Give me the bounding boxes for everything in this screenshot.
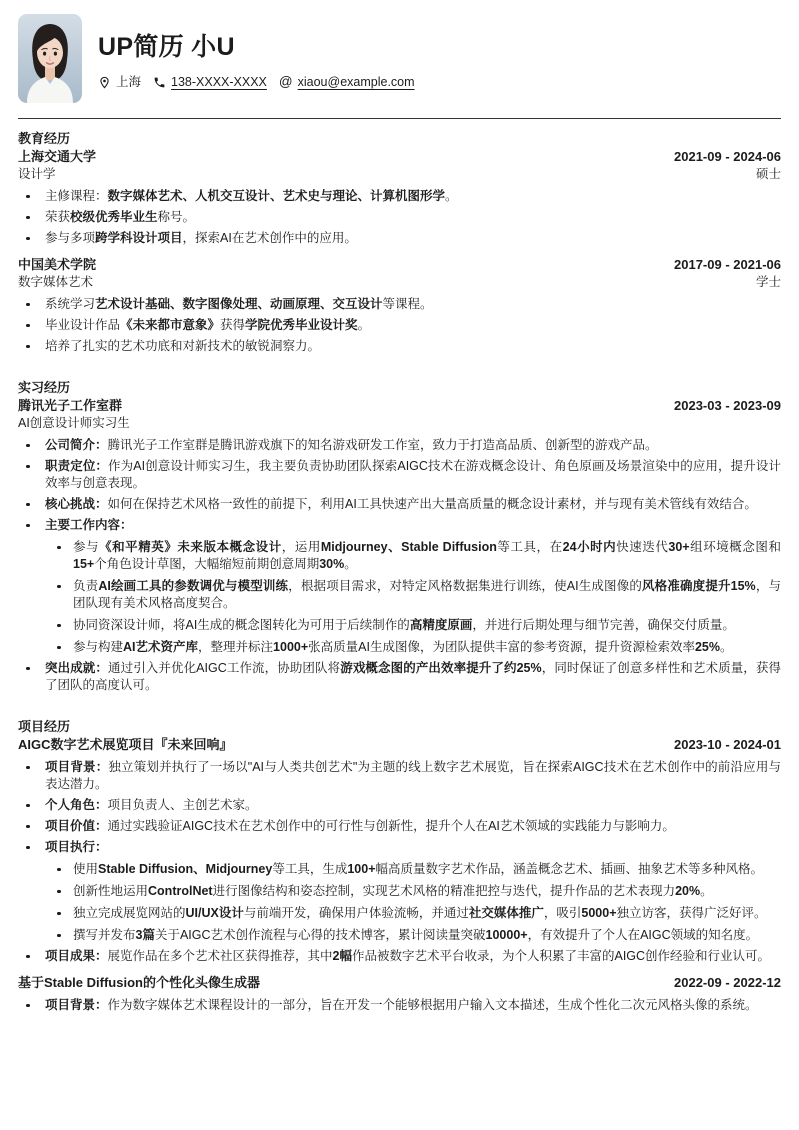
bullet-item: 毕业设计作品《未来都市意象》获得学院优秀毕业设计奖。: [18, 317, 781, 334]
bullet-text: 主要工作内容：: [45, 518, 133, 532]
bullet-text: 负责AI绘画工具的参数调优与模型训练，根据项目需求，对特定风格数据集进行训练，使…: [73, 579, 781, 610]
bullet-text: 系统学习艺术设计基础、数字图像处理、动画原理、交互设计等课程。: [45, 297, 433, 311]
entry: 基于Stable Diffusion的个性化头像生成器2022-09 - 202…: [18, 975, 781, 1014]
bullet-dot: [57, 912, 61, 916]
entry-date: 2023-03 - 2023-09: [662, 398, 781, 414]
bullet-dot: [57, 868, 61, 872]
bullet-dot: [26, 955, 30, 959]
bullet-text: 突出成就：通过引入并优化AIGC工作流，协助团队将游戏概念图的产出效率提升了约2…: [45, 661, 781, 692]
bullet-text: 参与《和平精英》未来版本概念设计，运用Midjourney、Stable Dif…: [73, 540, 781, 571]
section-internship: 实习经历腾讯光子工作室群2023-03 - 2023-09AI创意设计师实习生公…: [18, 380, 781, 694]
bullet-text: 项目价值：通过实践验证AIGC技术在艺术创作中的可行性与创新性，提升个人在AI艺…: [45, 819, 675, 833]
bullet-item: 协同资深设计师，将AI生成的概念图转化为可用于后续制作的高精度原画，并进行后期处…: [18, 617, 781, 634]
bullet-dot: [26, 465, 30, 469]
bullet-dot: [26, 846, 30, 850]
resume-sections: 教育经历上海交通大学2021-09 - 2024-06设计学硕士主修课程：数字媒…: [18, 131, 781, 1014]
bullet-item: 荣获校级优秀毕业生称号。: [18, 209, 781, 226]
section-title: 教育经历: [18, 131, 781, 147]
bullet-dot: [57, 646, 61, 650]
bullet-text: 项目成果：展览作品在多个艺术社区获得推荐，其中2幅作品被数字艺术平台收录，为个人…: [45, 949, 770, 963]
entry-head-row: 中国美术学院2017-09 - 2021-06: [18, 257, 781, 273]
entry-heading: 中国美术学院: [18, 257, 96, 273]
bullet-dot: [26, 804, 30, 808]
bullet-text: 核心挑战：如何在保持艺术风格一致性的前提下，利用AI工具快速产出大量高质量的概念…: [45, 497, 757, 511]
bullet-dot: [26, 195, 30, 199]
contact-row: 上海 138-XXXX-XXXX @ xiaou@example.com: [98, 74, 781, 90]
phone-icon: [153, 76, 166, 89]
bullet-list: 项目背景：独立策划并执行了一场以"AI与人类共创艺术"为主题的线上数字艺术展览，…: [18, 759, 781, 965]
bullet-item: 项目背景：作为数字媒体艺术课程设计的一部分，旨在开发一个能够根据用户输入文本描述…: [18, 997, 781, 1014]
bullet-text: 个人角色：项目负责人、主创艺术家。: [45, 798, 258, 812]
bullet-item: 项目价值：通过实践验证AIGC技术在艺术创作中的可行性与创新性，提升个人在AI艺…: [18, 818, 781, 835]
entry-heading: 基于Stable Diffusion的个性化头像生成器: [18, 975, 260, 991]
entry-degree: 学士: [756, 275, 781, 290]
bullet-item: 公司简介：腾讯光子工作室群是腾讯游戏旗下的知名游戏研发工作室，致力于打造高品质、…: [18, 437, 781, 454]
bullet-list: 主修课程：数字媒体艺术、人机交互设计、艺术史与理论、计算机图形学。荣获校级优秀毕…: [18, 188, 781, 247]
resume-header: UP简历 小U 上海 138-XXXX-XXXX @ xiaou@example…: [18, 0, 781, 103]
bullet-item: 职责定位：作为AI创意设计师实习生，我主要负责协助团队探索AIGC技术在游戏概念…: [18, 458, 781, 492]
bullet-item: 主修课程：数字媒体艺术、人机交互设计、艺术史与理论、计算机图形学。: [18, 188, 781, 205]
bullet-dot: [57, 585, 61, 589]
bullet-list: 系统学习艺术设计基础、数字图像处理、动画原理、交互设计等课程。毕业设计作品《未来…: [18, 296, 781, 355]
entry-subtitle-row: 设计学硕士: [18, 167, 781, 182]
bullet-text: 主修课程：数字媒体艺术、人机交互设计、艺术史与理论、计算机图形学。: [45, 189, 458, 203]
entry-head-row: 基于Stable Diffusion的个性化头像生成器2022-09 - 202…: [18, 975, 781, 991]
entry-subtitle-row: 数字媒体艺术学士: [18, 275, 781, 290]
bullet-item: 项目成果：展览作品在多个艺术社区获得推荐，其中2幅作品被数字艺术平台收录，为个人…: [18, 948, 781, 965]
section-projects: 项目经历AIGC数字艺术展览项目『未来回响』2023-10 - 2024-01项…: [18, 719, 781, 1014]
bullet-text: 职责定位：作为AI创意设计师实习生，我主要负责协助团队探索AIGC技术在游戏概念…: [45, 459, 781, 490]
bullet-item: 负责AI绘画工具的参数调优与模型训练，根据项目需求，对特定风格数据集进行训练，使…: [18, 578, 781, 612]
bullet-item: 参与多项跨学科设计项目，探索AI在艺术创作中的应用。: [18, 230, 781, 247]
profile-photo-illustration: [18, 14, 82, 103]
entry-heading: AIGC数字艺术展览项目『未来回响』: [18, 737, 233, 753]
entry-head-row: AIGC数字艺术展览项目『未来回响』2023-10 - 2024-01: [18, 737, 781, 753]
bullet-dot: [26, 444, 30, 448]
bullet-text: 公司简介：腾讯光子工作室群是腾讯游戏旗下的知名游戏研发工作室，致力于打造高品质、…: [45, 438, 658, 452]
phone-link[interactable]: 138-XXXX-XXXX: [171, 74, 267, 90]
entry-subtitle: AI创意设计师实习生: [18, 416, 130, 431]
entry: 上海交通大学2021-09 - 2024-06设计学硕士主修课程：数字媒体艺术、…: [18, 149, 781, 247]
profile-photo: [18, 14, 82, 103]
bullet-list: 公司简介：腾讯光子工作室群是腾讯游戏旗下的知名游戏研发工作室，致力于打造高品质、…: [18, 437, 781, 694]
bullet-item: 项目执行：: [18, 839, 781, 856]
entry: AIGC数字艺术展览项目『未来回响』2023-10 - 2024-01项目背景：…: [18, 737, 781, 965]
bullet-text: 项目背景：作为数字媒体艺术课程设计的一部分，旨在开发一个能够根据用户输入文本描述…: [45, 998, 758, 1012]
bullet-item: 参与构建AI艺术资产库，整理并标注1000+张高质量AI生成图像，为团队提供丰富…: [18, 639, 781, 656]
bullet-text: 使用Stable Diffusion、Midjourney等工具，生成100+幅…: [73, 862, 763, 876]
bullet-list: 项目背景：作为数字媒体艺术课程设计的一部分，旨在开发一个能够根据用户输入文本描述…: [18, 997, 781, 1014]
bullet-item: 撰写并发布3篇关于AIGC艺术创作流程与心得的技术博客，累计阅读量突破10000…: [18, 927, 781, 944]
bullet-text: 独立完成展览网站的UI/UX设计与前端开发，确保用户体验流畅，并通过社交媒体推广…: [73, 906, 767, 920]
bullet-item: 系统学习艺术设计基础、数字图像处理、动画原理、交互设计等课程。: [18, 296, 781, 313]
section-title: 项目经历: [18, 719, 781, 735]
entry-date: 2023-10 - 2024-01: [662, 737, 781, 753]
entry-date: 2022-09 - 2022-12: [662, 975, 781, 991]
resume-page: UP简历 小U 上海 138-XXXX-XXXX @ xiaou@example…: [0, 0, 799, 1014]
header-divider: [18, 118, 781, 119]
bullet-item: 参与《和平精英》未来版本概念设计，运用Midjourney、Stable Dif…: [18, 539, 781, 573]
bullet-item: 创新性地运用ControlNet进行图像结构和姿态控制，实现艺术风格的精准把控与…: [18, 883, 781, 900]
bullet-text: 撰写并发布3篇关于AIGC艺术创作流程与心得的技术博客，累计阅读量突破10000…: [73, 928, 758, 942]
bullet-dot: [26, 766, 30, 770]
bullet-dot: [26, 503, 30, 507]
bullet-item: 独立完成展览网站的UI/UX设计与前端开发，确保用户体验流畅，并通过社交媒体推广…: [18, 905, 781, 922]
bullet-dot: [26, 345, 30, 349]
section-title: 实习经历: [18, 380, 781, 396]
bullet-item: 突出成就：通过引入并优化AIGC工作流，协助团队将游戏概念图的产出效率提升了约2…: [18, 660, 781, 694]
bullet-item: 培养了扎实的艺术功底和对新技术的敏锐洞察力。: [18, 338, 781, 355]
entry-heading: 上海交通大学: [18, 149, 96, 165]
bullet-text: 参与构建AI艺术资产库，整理并标注1000+张高质量AI生成图像，为团队提供丰富…: [73, 640, 733, 654]
bullet-item: 项目背景：独立策划并执行了一场以"AI与人类共创艺术"为主题的线上数字艺术展览，…: [18, 759, 781, 793]
bullet-text: 参与多项跨学科设计项目，探索AI在艺术创作中的应用。: [45, 231, 357, 245]
section-education: 教育经历上海交通大学2021-09 - 2024-06设计学硕士主修课程：数字媒…: [18, 131, 781, 355]
header-info: UP简历 小U 上海 138-XXXX-XXXX @ xiaou@example…: [98, 14, 781, 103]
bullet-text: 创新性地运用ControlNet进行图像结构和姿态控制，实现艺术风格的精准把控与…: [73, 884, 713, 898]
bullet-text: 荣获校级优秀毕业生称号。: [45, 210, 195, 224]
bullet-dot: [26, 825, 30, 829]
location-text: 上海: [116, 74, 141, 90]
bullet-dot: [26, 524, 30, 528]
bullet-text: 培养了扎实的艺术功底和对新技术的敏锐洞察力。: [45, 339, 320, 353]
entry-date: 2021-09 - 2024-06: [662, 149, 781, 165]
bullet-dot: [26, 303, 30, 307]
entry-date: 2017-09 - 2021-06: [662, 257, 781, 273]
entry: 腾讯光子工作室群2023-03 - 2023-09AI创意设计师实习生公司简介：…: [18, 398, 781, 694]
bullet-dot: [57, 546, 61, 550]
entry-head-row: 上海交通大学2021-09 - 2024-06: [18, 149, 781, 165]
bullet-dot: [26, 237, 30, 241]
bullet-text: 毕业设计作品《未来都市意象》获得学院优秀毕业设计奖。: [45, 318, 370, 332]
at-icon: @: [279, 75, 293, 89]
bullet-item: 个人角色：项目负责人、主创艺术家。: [18, 797, 781, 814]
bullet-text: 项目背景：独立策划并执行了一场以"AI与人类共创艺术"为主题的线上数字艺术展览，…: [45, 760, 781, 791]
bullet-dot: [57, 890, 61, 894]
entry-subtitle: 设计学: [18, 167, 56, 182]
entry-subtitle-row: AI创意设计师实习生: [18, 416, 781, 431]
bullet-item: 主要工作内容：: [18, 517, 781, 534]
entry-head-row: 腾讯光子工作室群2023-03 - 2023-09: [18, 398, 781, 414]
bullet-dot: [57, 934, 61, 938]
bullet-dot: [26, 667, 30, 671]
location-pin-icon: [98, 76, 111, 89]
bullet-dot: [57, 624, 61, 628]
bullet-dot: [26, 324, 30, 328]
bullet-item: 核心挑战：如何在保持艺术风格一致性的前提下，利用AI工具快速产出大量高质量的概念…: [18, 496, 781, 513]
bullet-text: 协同资深设计师，将AI生成的概念图转化为可用于后续制作的高精度原画，并进行后期处…: [73, 618, 735, 632]
entry-subtitle: 数字媒体艺术: [18, 275, 93, 290]
entry-heading: 腾讯光子工作室群: [18, 398, 122, 414]
entry-degree: 硕士: [756, 167, 781, 182]
candidate-name: UP简历 小U: [98, 32, 781, 62]
entry: 中国美术学院2017-09 - 2021-06数字媒体艺术学士系统学习艺术设计基…: [18, 257, 781, 355]
email-link[interactable]: xiaou@example.com: [298, 74, 415, 90]
bullet-dot: [26, 1004, 30, 1008]
bullet-item: 使用Stable Diffusion、Midjourney等工具，生成100+幅…: [18, 861, 781, 878]
bullet-text: 项目执行：: [45, 840, 108, 854]
bullet-dot: [26, 216, 30, 220]
